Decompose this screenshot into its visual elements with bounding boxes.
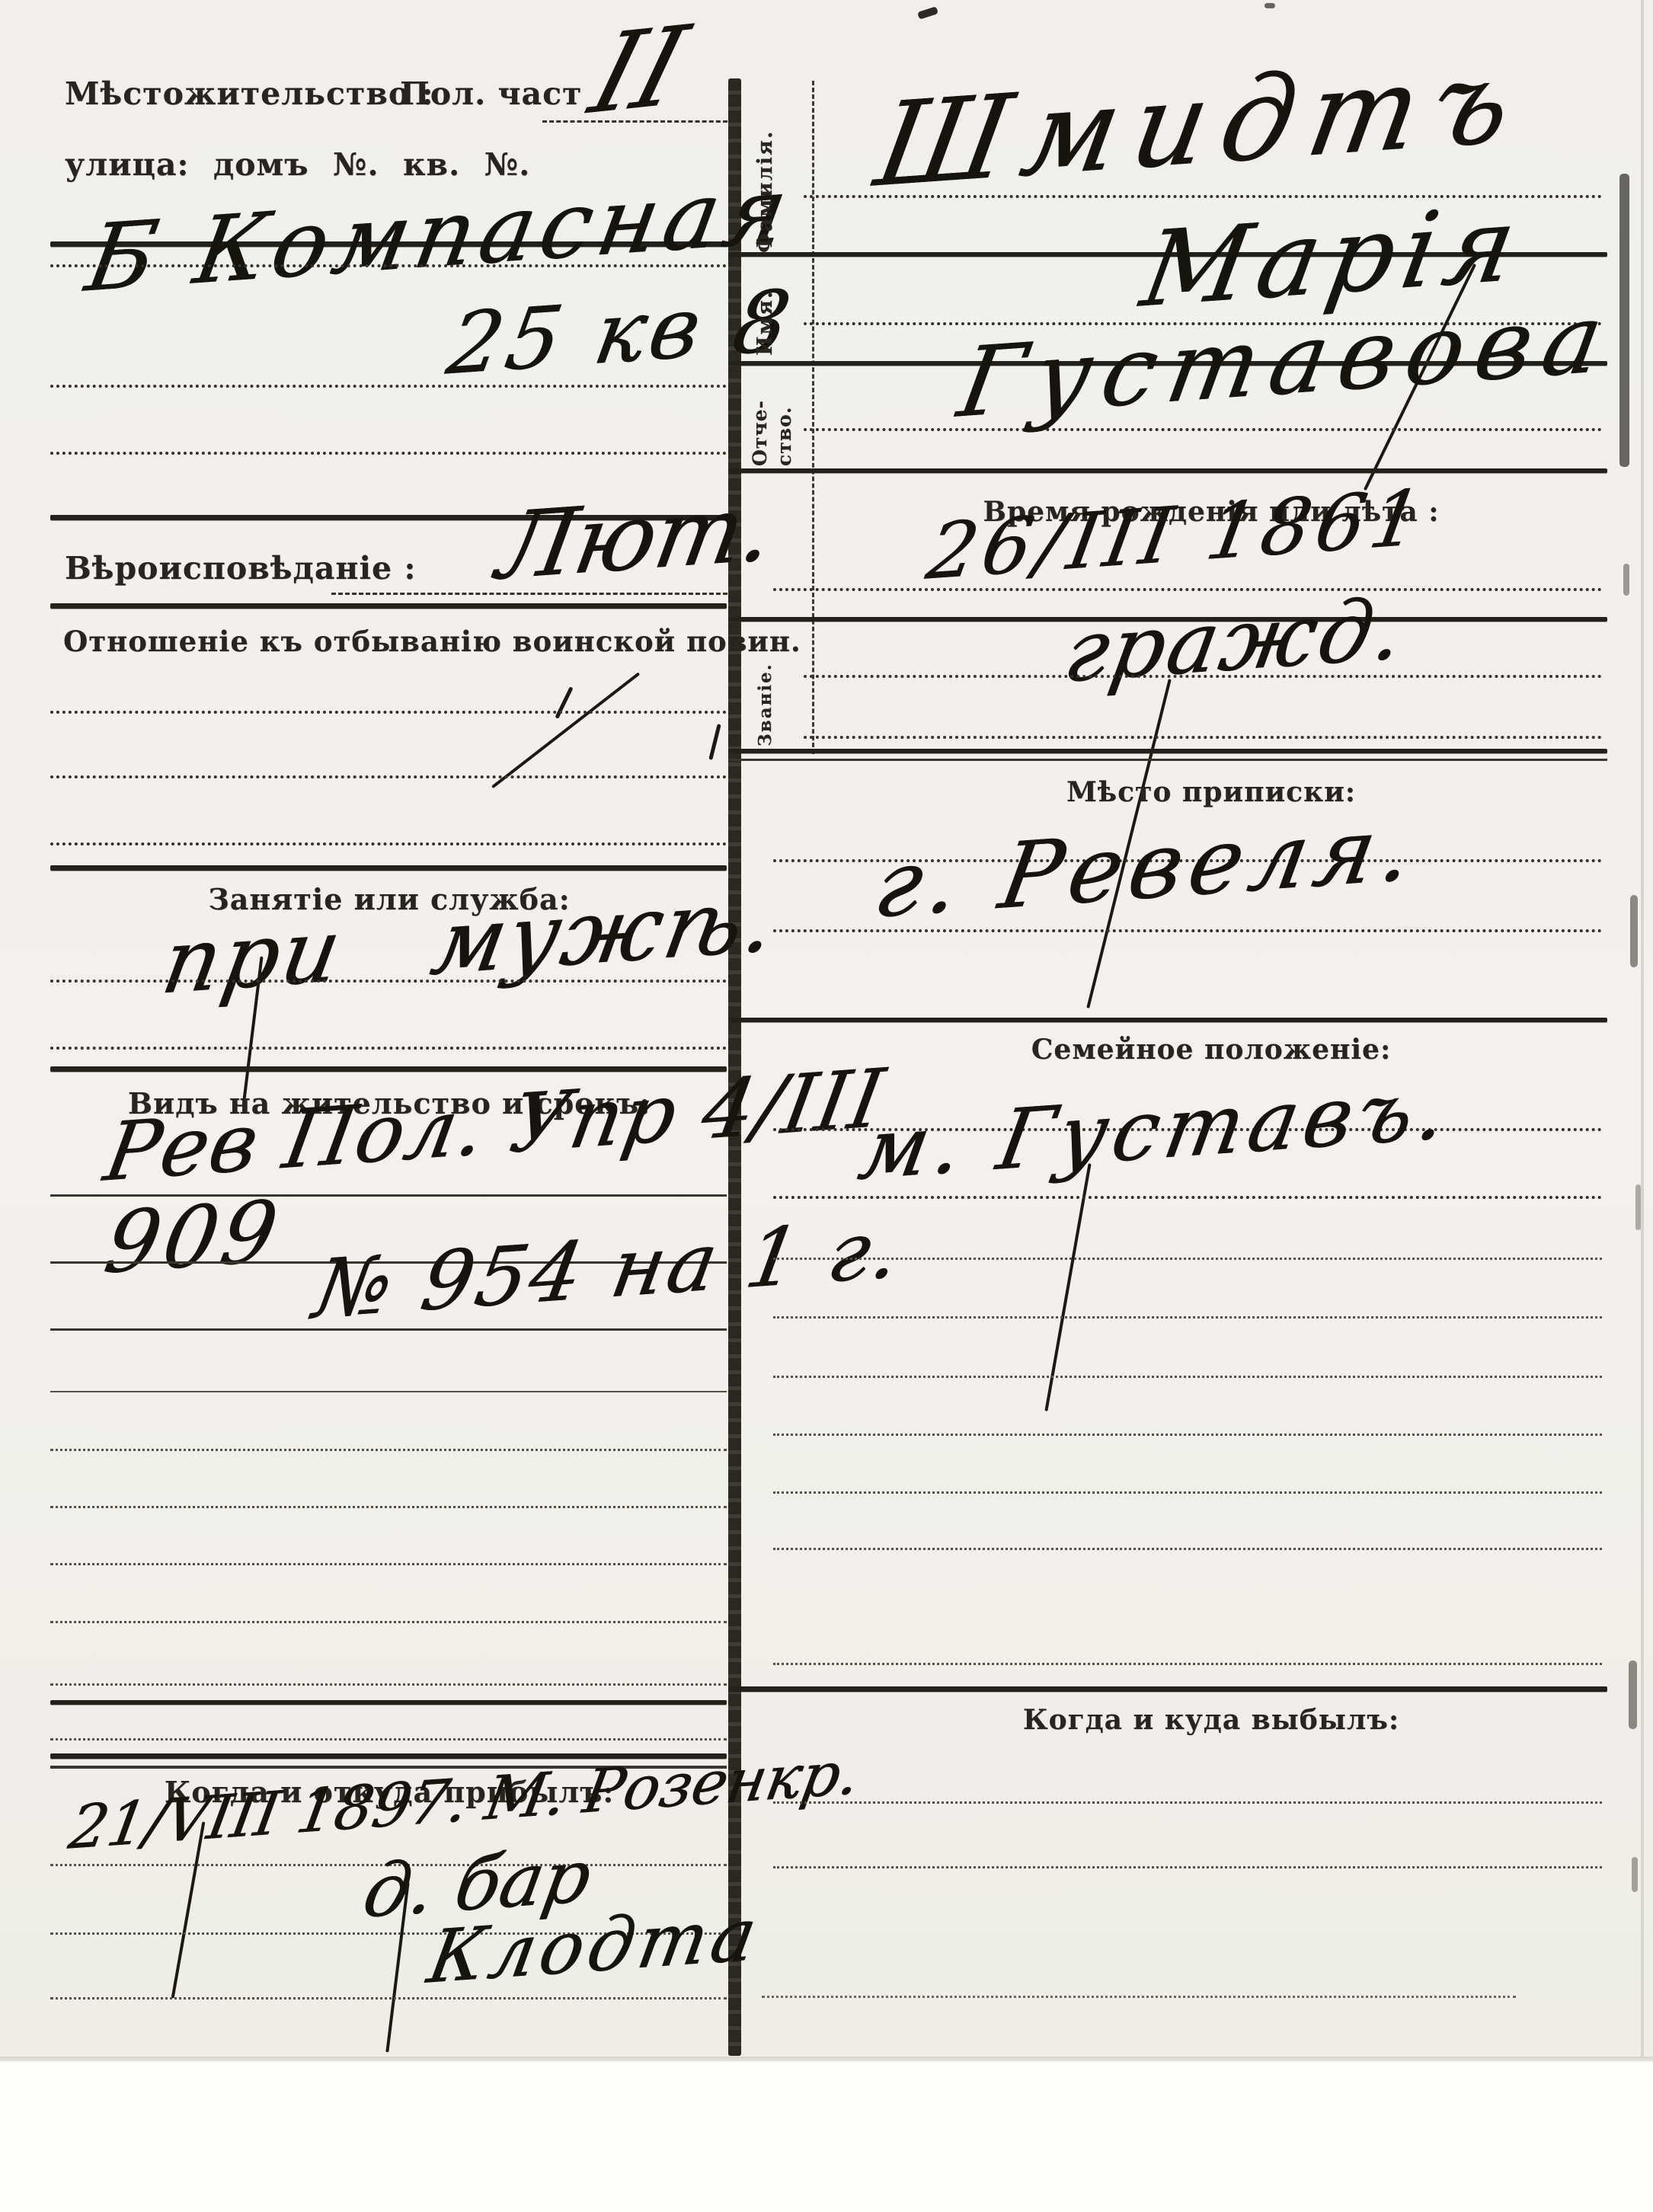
rule-dotted	[50, 452, 727, 455]
rule-thick	[50, 865, 727, 871]
rule-blank	[50, 1391, 727, 1392]
rule-blank	[50, 1506, 727, 1508]
rule-thin	[50, 1328, 727, 1331]
patronymic-label: Отче- ство.	[750, 369, 795, 466]
rule-blank	[50, 1738, 727, 1741]
scan-streak	[1635, 1184, 1641, 1230]
registration-label: Мѣсто приписки:	[823, 778, 1600, 806]
rule-blank	[773, 1316, 1602, 1319]
residence-label: Мѣстожительство :	[65, 78, 434, 110]
scan-streak	[1629, 1661, 1637, 1729]
rule-dotted	[773, 588, 1602, 591]
religion-entry: Лют.	[491, 482, 779, 594]
rule-dotted	[773, 1196, 1602, 1199]
permit-entry-line2: 909	[99, 1188, 287, 1286]
rule-blank	[773, 1866, 1602, 1868]
rule-dotted	[50, 711, 727, 714]
rule-blank	[50, 1997, 727, 1999]
rule-blank	[773, 1434, 1602, 1436]
rule-blank	[50, 1449, 727, 1451]
rule-blank	[773, 1548, 1602, 1550]
rule-dotted	[50, 775, 727, 778]
patronymic-label-line2: ство.	[775, 369, 795, 466]
rule-blank	[773, 1258, 1602, 1260]
patronymic-label-line1: Отче-	[750, 369, 770, 466]
rule-thick	[728, 1686, 1607, 1692]
rule-blank	[773, 1376, 1602, 1378]
rule-dotted	[50, 264, 727, 267]
scan-streak	[1623, 564, 1629, 596]
scan-streak	[1619, 174, 1629, 467]
rule-dotted	[804, 675, 1602, 678]
paper-bottom-edge	[0, 2057, 1653, 2063]
surname-label: Фамилія.	[754, 85, 777, 253]
rule-blank	[50, 1621, 727, 1623]
rule-blank	[762, 1996, 1516, 1998]
street-label: улица: домъ №. кв. №.	[65, 149, 530, 181]
family-status-label: Семейное положеніе:	[823, 1036, 1600, 1063]
rule-dotted	[773, 929, 1602, 932]
rule-thick	[728, 749, 1607, 753]
rule-dotted	[804, 428, 1602, 431]
label-column-divider	[812, 81, 814, 754]
rule-dotted	[50, 980, 727, 983]
paper-right-edge	[1641, 0, 1644, 2058]
rule-blank	[50, 1563, 727, 1565]
rule-dotted	[804, 736, 1602, 739]
rank-label: Званіе.	[756, 626, 775, 746]
rule-thick	[50, 1700, 727, 1705]
religion-label: Вѣроисповѣданіе :	[65, 553, 417, 584]
registration-card-scan: Мѣстожительство : Пол. част II улица: до…	[0, 0, 1653, 2212]
military-service-label: Отношеніе къ отбыванію воинской повин.	[63, 628, 801, 656]
police-part-label: Пол. част	[400, 78, 582, 110]
rule-blank	[773, 1801, 1602, 1804]
rule-thick	[728, 1018, 1607, 1022]
rule-thick	[50, 603, 727, 609]
rule-blank	[50, 1683, 727, 1686]
rank-entry: гражд.	[1059, 586, 1412, 695]
ink-speck	[1265, 3, 1275, 8]
rule-blank	[773, 1663, 1602, 1665]
address-entry-line2: 25 кв 8	[442, 278, 800, 387]
rule-dotted	[50, 385, 727, 388]
rule-thick	[728, 468, 1607, 473]
rule-blank	[773, 1491, 1602, 1494]
scan-streak	[1632, 1857, 1638, 1892]
rule-dotted	[50, 1047, 727, 1050]
rule-dotted	[50, 842, 727, 845]
rule-thin	[728, 759, 1607, 761]
firstname-label: Имя.	[754, 268, 777, 356]
departed-label: Когда и куда выбылъ:	[823, 1706, 1600, 1734]
scan-streak	[1630, 895, 1638, 967]
